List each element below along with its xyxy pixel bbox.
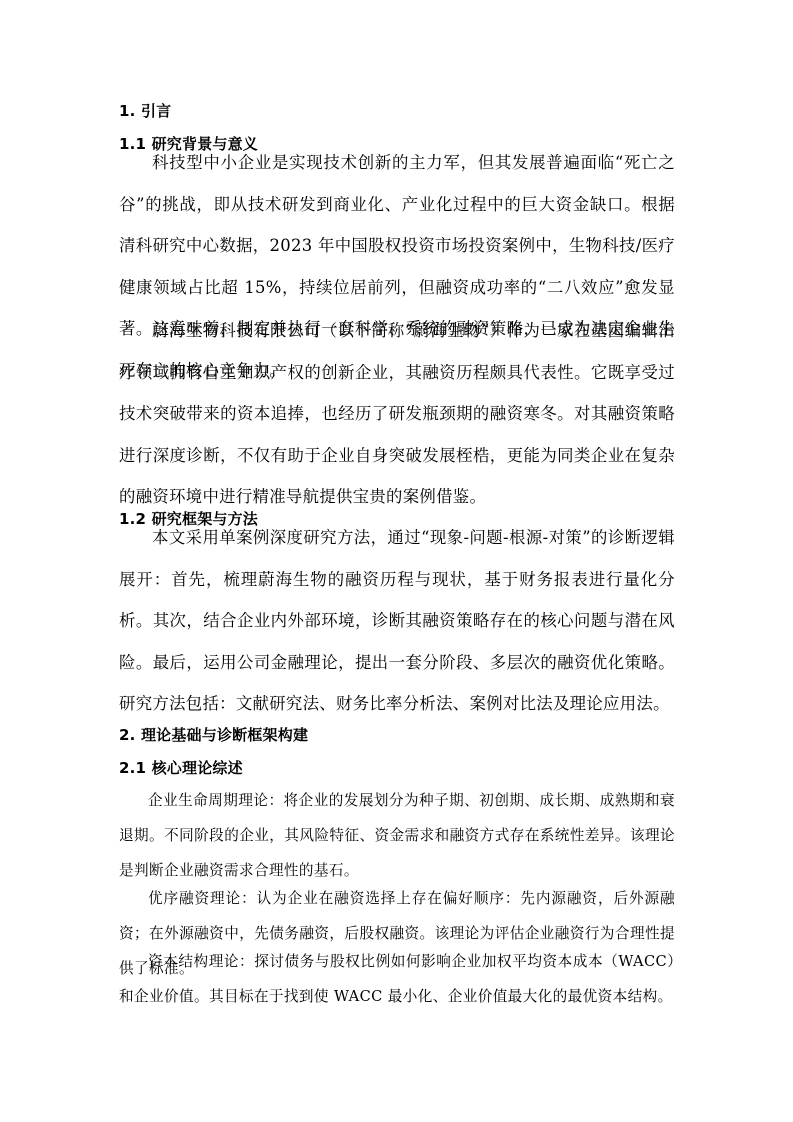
subsection-heading-core-theories: 2.1 核心理论综述 [119,758,243,778]
section-heading-introduction: 1. 引言 [119,101,171,121]
paragraph-capital-structure-theory: 资本结构理论：探讨债务与股权比例如何影响企业加权平均资本成本（WACC）和企业价… [119,944,675,1014]
paragraph-background-2: 蔚海生物科技有限公司（以下简称“蔚海生物”）作为一家在基因编辑治疗领域拥有自主知… [119,310,675,518]
section-heading-theory: 2. 理论基础与诊断框架构建 [119,725,308,745]
paragraph-framework: 本文采用单案例深度研究方法，通过“现象-问题-根源-对策”的诊断逻辑展开：首先，… [119,517,675,725]
paragraph-lifecycle-theory: 企业生命周期理论：将企业的发展划分为种子期、初创期、成长期、成熟期和衰退期。不同… [119,783,675,888]
